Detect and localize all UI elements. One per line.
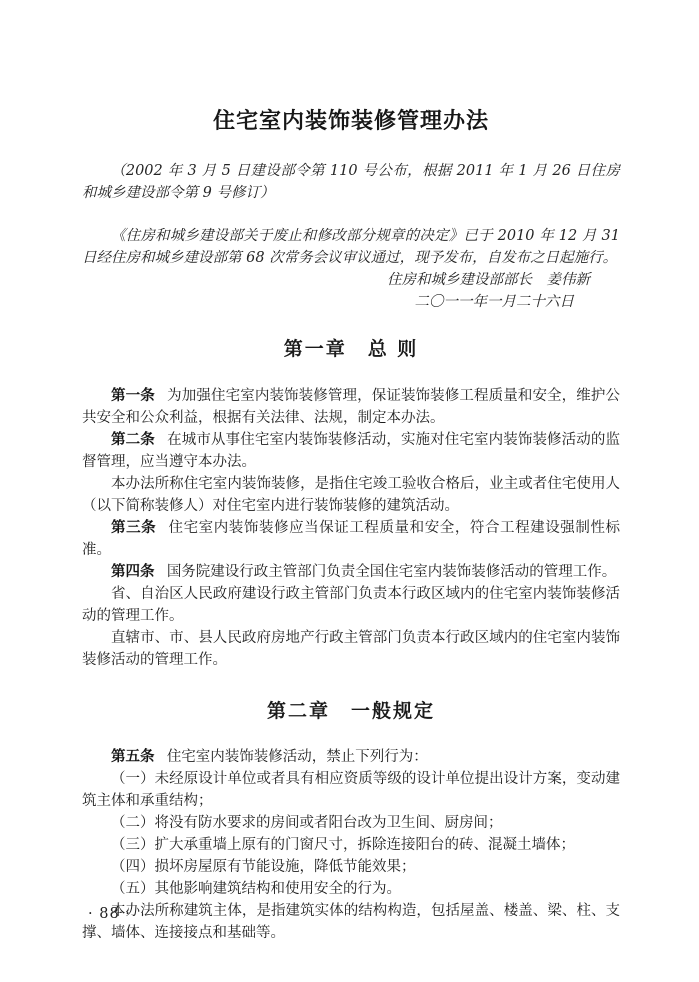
chapter-1-heading: 第一章 总 则 (82, 334, 620, 361)
list-item: （二）将没有防水要求的房间或者阳台改为卫生间、厨房间； (82, 812, 620, 834)
article-paragraph: 第五条住宅室内装饰装修活动，禁止下列行为： (82, 746, 620, 768)
building-body-definition-text: 本办法所称建筑主体，是指建筑实体的结构构造，包括屋盖、楼盖、梁、柱、支撑、墙体、… (82, 903, 620, 941)
article-paragraph: 直辖市、市、县人民政府房地产行政主管部门负责本行政区域内的住宅室内装饰装修活动的… (82, 627, 620, 671)
article-paragraph: 省、自治区人民政府建设行政主管部门负责本行政区域内的住宅室内装饰装修活动的管理工… (82, 583, 620, 627)
article-paragraph: 本办法所称住宅室内装饰装修，是指住宅竣工验收合格后，业主或者住宅使用人（以下简称… (82, 473, 620, 517)
article-3-text: 住宅室内装饰装修应当保证工程质量和安全，符合工程建设强制性标准。 (82, 520, 620, 558)
revision-decision-paragraph: 《住房和城乡建设部关于废止和修改部分规章的决定》已于 2010 年 12 月 3… (82, 225, 620, 269)
article-5-text: 住宅室内装饰装修活动，禁止下列行为： (167, 749, 428, 765)
list-item: （三）扩大承重墙上原有的门窗尺寸，拆除连接阳台的砖、混凝土墙体； (82, 834, 620, 856)
prohibited-item-4-text: （四）损坏房屋原有节能设施，降低节能效果； (111, 859, 416, 875)
page-number: · 88 · (88, 906, 131, 922)
article-4-municipal-text: 直辖市、市、县人民政府房地产行政主管部门负责本行政区域内的住宅室内装饰装修活动的… (82, 630, 620, 668)
article-4-provincial-text: 省、自治区人民政府建设行政主管部门负责本行政区域内的住宅室内装饰装修活动的管理工… (82, 586, 620, 624)
article-4-text: 国务院建设行政主管部门负责全国住宅室内装饰装修活动的管理工作。 (167, 564, 617, 580)
article-1-label: 第一条 (111, 388, 155, 404)
article-2-label: 第二条 (111, 432, 155, 448)
prohibited-item-5-text: （五）其他影响建筑结构和使用安全的行为。 (111, 881, 401, 897)
prohibited-item-1-text: （一）未经原设计单位或者具有相应资质等级的设计单位提出设计方案，变动建筑主体和承… (82, 771, 620, 809)
promulgation-note: （2002 年 3 月 5 日建设部令第 110 号公布，根据 2011 年 1… (82, 160, 620, 204)
signature-line: 住房和城乡建设部部长 姜伟新 (82, 269, 620, 291)
chapter-2-heading: 第二章 一般规定 (82, 696, 620, 723)
article-paragraph: 第三条住宅室内装饰装修应当保证工程质量和安全，符合工程建设强制性标准。 (82, 517, 620, 561)
article-paragraph: 第二条在城市从事住宅室内装饰装修活动，实施对住宅室内装饰装修活动的监督管理，应当… (82, 429, 620, 473)
list-item: （四）损坏房屋原有节能设施，降低节能效果； (82, 856, 620, 878)
list-item: （五）其他影响建筑结构和使用安全的行为。 (82, 878, 620, 900)
prohibited-item-2-text: （二）将没有防水要求的房间或者阳台改为卫生间、厨房间； (111, 815, 503, 831)
article-4-label: 第四条 (111, 564, 155, 580)
article-paragraph: 本办法所称建筑主体，是指建筑实体的结构构造，包括屋盖、楼盖、梁、柱、支撑、墙体、… (82, 900, 620, 944)
document-title: 住宅室内装饰装修管理办法 (82, 104, 620, 135)
article-1-text: 为加强住宅室内装饰装修管理，保证装饰装修工程质量和安全，维护公共安全和公众利益，… (82, 388, 620, 426)
article-2-definition-text: 本办法所称住宅室内装饰装修，是指住宅竣工验收合格后，业主或者住宅使用人（以下简称… (82, 476, 620, 514)
signature-date: 二〇一一年一月二十六日 (82, 291, 620, 313)
article-5-label: 第五条 (111, 749, 155, 765)
article-paragraph: 第一条为加强住宅室内装饰装修管理，保证装饰装修工程质量和安全，维护公共安全和公众… (82, 385, 620, 429)
article-3-label: 第三条 (111, 520, 156, 536)
prohibited-item-3-text: （三）扩大承重墙上原有的门窗尺寸，拆除连接阳台的砖、混凝土墙体； (111, 837, 575, 853)
list-item: （一）未经原设计单位或者具有相应资质等级的设计单位提出设计方案，变动建筑主体和承… (82, 768, 620, 812)
article-2-text: 在城市从事住宅室内装饰装修活动，实施对住宅室内装饰装修活动的监督管理，应当遵守本… (82, 432, 620, 470)
article-paragraph: 第四条国务院建设行政主管部门负责全国住宅室内装饰装修活动的管理工作。 (82, 561, 620, 583)
document-page: 住宅室内装饰装修管理办法 （2002 年 3 月 5 日建设部令第 110 号公… (0, 0, 699, 982)
